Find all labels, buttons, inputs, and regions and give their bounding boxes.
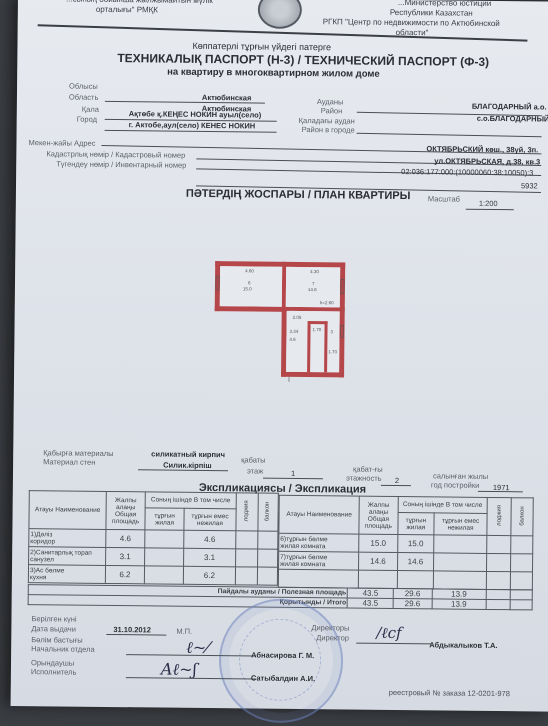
mp-label: М.П. [176,627,192,636]
kala-value-ru: г. Актобе,аул(село) КЕНЕС НОКИН [129,120,256,130]
underline [381,485,411,486]
plan-title: ПӘТЕРДІҢ ЖОСПАРЫ / ПЛАН КВАРТИРЫ [186,188,411,202]
col-loggia-header: лоджия [496,505,502,526]
audany-label-kz: Ауданы [317,97,344,106]
col-balcony-header: балкон [519,506,525,526]
issued-label-kz: Берілген күні [31,614,76,623]
storeys-label-kz: қабат-ғы [353,465,383,474]
head-label-ru: Начальник отдела [31,644,95,654]
underline [263,478,323,480]
room7-area: 14.6 [308,287,317,292]
title-sub: на квартиру в многоквартирном жилом доме [167,67,380,80]
explication-table-left: Атауы Наименование Жалпы алаңы Общая пло… [28,490,279,586]
floor-value: 1 [291,469,295,478]
kitchen-dim: 1.70 [328,349,337,354]
kala-label-kz: Қала [82,105,99,114]
wall-material-label-ru: Материал стен [43,457,95,467]
director-name: Абдыкалыков Т.А. [429,640,497,650]
underline [138,469,228,471]
col-incl-header: Соның ішінде В том числе [145,492,236,509]
corridor-area: 4.6 [289,337,296,342]
issued-date: 31.10.2012 [113,625,151,634]
exec-signature: Aℓ~ʃ [161,660,197,680]
col-living-header: тұрғын жилая [145,508,184,530]
col-name-header: Атауы Наименование [279,495,360,534]
cadastral-label: Кадастрлық нөмір / Кадастровый номер [46,149,185,159]
floor-label-ru: этаж [247,466,263,475]
col-balcony-header: балкон [265,501,271,521]
oblys-label-ru: Область [69,93,99,102]
storeys-value: 2 [395,476,399,485]
col-name-header: Атауы Наименование [29,491,106,530]
audany-value-kz: БЛАГОДАРНЫЙ а.о. [472,102,547,112]
scale-label: Масштаб [428,194,460,203]
underline [106,634,166,636]
ceiling-height: h=2.60 [320,300,334,305]
year-label-ru: год постройки [431,480,480,490]
col-incl-header: Соның ішінде В том числе [398,497,488,514]
wall-material-value-ru: силикатный кирпич [151,449,225,459]
head-name: Абнасирова Г. М. [251,650,314,660]
exec-name: Сатыбалдин А.И. [251,673,315,683]
floor-label-kz: қабаты [241,455,266,464]
room7-width: 4.30 [310,269,319,274]
hall-dim: 2.05 [293,315,302,320]
header-right-line2: Республики Казахстан [390,8,473,18]
corridor-dim: 3.34 [289,329,298,334]
storeys-label-ru: этажность [346,473,382,482]
technical-passport-document: ...сының бойынша жылжымайтын мүлік ортал… [11,0,548,699]
director-label-ru: Директор [316,633,349,642]
kaladagy-label-ru: Район в городе [302,125,355,135]
underline [357,133,542,138]
kala-label-ru: Город [77,115,97,124]
svg-text:1.70: 1.70 [312,327,321,332]
exec-label-kz: Орындаушы [31,658,74,667]
header-right-line3: РГКП "Центр по недвижимости по Актюбинск… [323,17,500,28]
audany-value-ru: с.о.БЛАГОДАРНЫЙ [477,114,548,124]
inventory-value: 5932 [521,181,538,190]
title-kz: Көппатерлі тұрғын үйдегі патерге [192,41,331,52]
col-total-header: Жалпы алаңы Общая площадь [106,491,145,529]
room6-width: 4.60 [245,268,254,273]
address-value-kz: ОКТЯБРЬСКИЙ көш., 38үй, 3п. [426,144,538,154]
col-living-header: тұрғын жилая [398,513,435,535]
col-loggia-header: лоджия [244,500,250,521]
address-value-ru: ул.ОКТЯБРЬСКАЯ, д.38, кв.3 [434,156,540,166]
oblys-label-kz: Облысы [69,82,98,91]
state-emblem-icon [258,0,302,29]
scale-value: 1:200 [479,199,498,208]
col-total-header: Жалпы алаңы Общая площадь [359,496,398,534]
head-signature: ℓ~⁄ [186,638,209,658]
audany-label-ru: Район [321,106,343,115]
issued-label-ru: Дата выдачи [31,624,76,633]
table-row: 3)Ас бөлмекухня 6.2 6.2 [28,565,277,586]
explication-table-right: Атауы Наименование Жалпы алаңы Общая пло… [278,495,534,591]
address-label: Мекен-жайы Адрес [28,138,95,148]
header-right-line1: ...Министерство юстиции [398,0,491,8]
col-nonliving-header: тұрғын емес нежилая [184,508,236,531]
inventory-label: Түгендеу нөмір / Инвентарный номер [56,159,186,169]
director-label-kz: Директоры [311,623,349,632]
underline [466,209,514,211]
col-nonliving-header: тұрғын емес нежилая [434,513,487,536]
director-signature: /ℓcf [376,624,401,643]
room6-area: 15.0 [243,286,252,291]
kala-value-kz: Ақтөбе қ.КЕҢЕС НОКИН ауыл(село) [129,109,262,119]
order-number: реестровый № заказа 12-0201-978 [389,688,510,698]
header-left-line2: орталығы" РМҚК [96,5,158,15]
cadastral-value: 02:036:177:000:(10000060:38:10050):3 [401,167,533,177]
underline [478,491,523,492]
floor-plan: 4.60 4.30 6 15.0 7 14.6 h=2.60 2.05 3.34… [204,256,365,383]
exec-label-ru: Исполнитель [31,667,77,676]
